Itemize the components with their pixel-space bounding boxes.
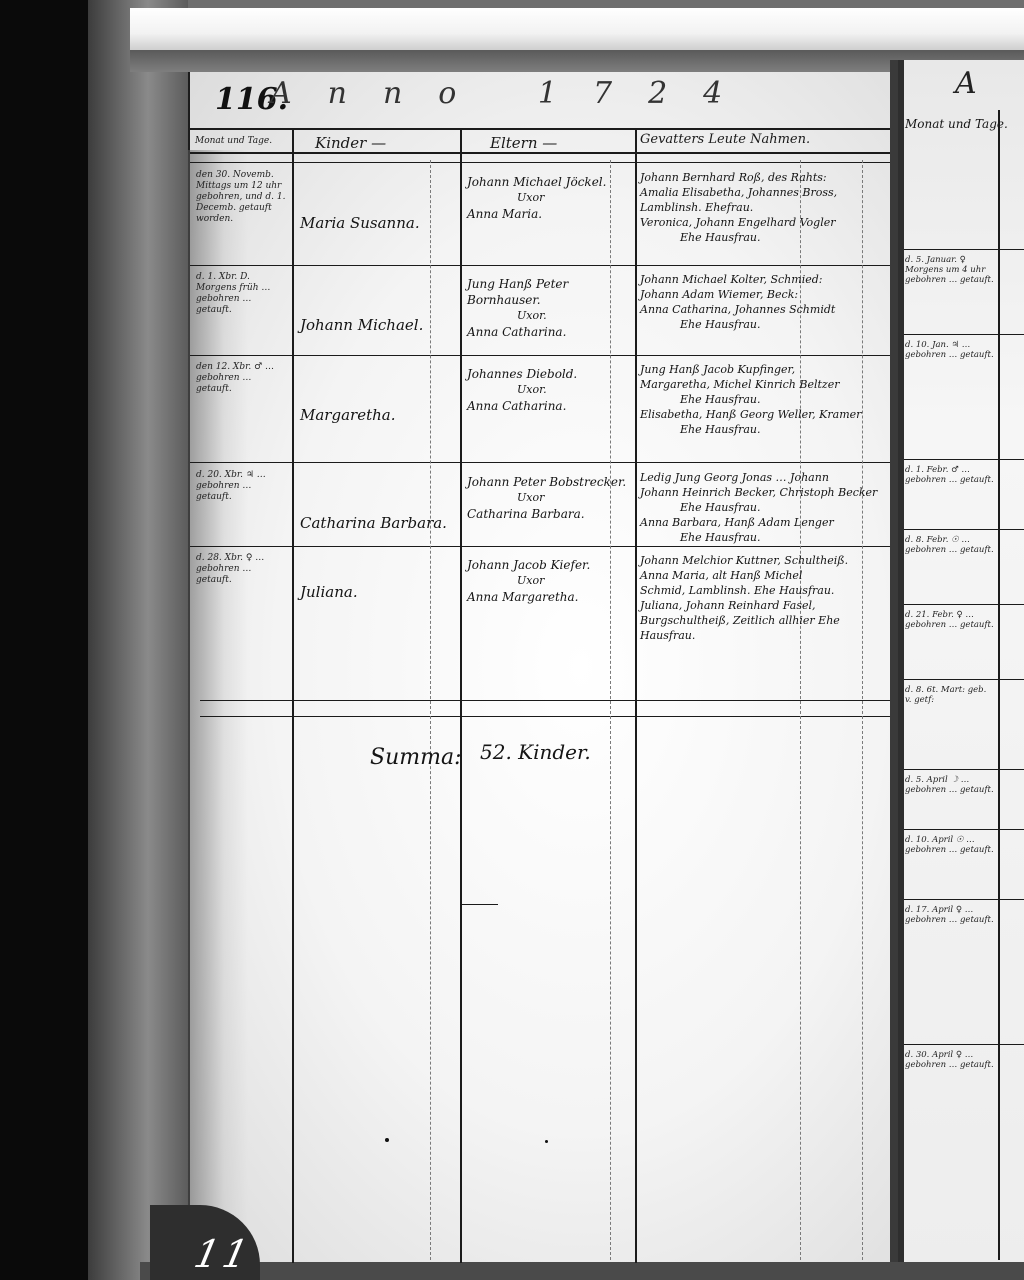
sponsor-line: Ledig Jung Georg Jonas … Johann xyxy=(640,470,885,485)
entry-date-note: den 30. Novemb. Mittags um 12 uhr gebohr… xyxy=(196,170,288,225)
opposite-date-note: d. 1. Febr. ♂ … gebohren … getauft. xyxy=(905,465,995,485)
opposite-date-note: d. 5. Januar. ♀ Morgens um 4 uhr gebohre… xyxy=(905,255,995,285)
entry-sponsors: Johann Melchior Kuttner, Schultheiß.Anna… xyxy=(640,553,885,643)
opposite-row-rule xyxy=(904,604,1024,605)
opposite-date-note: d. 21. Febr. ♀ … gebohren … getauft. xyxy=(905,610,995,630)
sponsor-line: Johann Michael Kolter, Schmied: xyxy=(640,272,885,287)
opposite-date-note: d. 10. April ☉ … gebohren … getauft. xyxy=(905,835,995,855)
entry-sponsors: Ledig Jung Georg Jonas … JohannJohann He… xyxy=(640,470,885,545)
opposite-page xyxy=(898,60,1024,1270)
opposite-col-divider xyxy=(998,110,1000,1260)
ink-speck xyxy=(385,1138,389,1142)
opposite-row-rule xyxy=(904,769,1024,770)
opposite-date-note: d. 5. April ☽ … gebohren … getauft. xyxy=(905,775,995,795)
entry-parents: Johann Peter Bobstrecker.UxorCatharina B… xyxy=(467,474,632,522)
sponsor-line: Veronica, Johann Engelhard Vogler xyxy=(640,215,885,230)
scan-border-left xyxy=(0,0,88,1280)
entry-child-name: Margaretha. xyxy=(300,406,455,425)
entry-father: Johann Michael Jöckel. xyxy=(467,175,606,189)
entry-mother: Anna Catharina. xyxy=(467,325,566,339)
rule-header-2 xyxy=(190,162,890,163)
opposite-page-header: A xyxy=(955,66,977,101)
col-divider-3 xyxy=(635,128,637,1263)
col-header-child: Kinder — xyxy=(315,134,386,152)
opposite-date-note: d. 8. Febr. ☉ … gebohren … getauft. xyxy=(905,535,995,555)
sponsor-line: Schmid, Lamblinsh. Ehe Hausfrau. xyxy=(640,583,885,598)
rule-row-5 xyxy=(200,700,890,701)
opposite-row-rule xyxy=(904,529,1024,530)
opposite-row-rule xyxy=(904,679,1024,680)
col-divider-1 xyxy=(292,128,294,1263)
sponsor-line: Johann Melchior Kuttner, Schultheiß. xyxy=(640,553,885,568)
opposite-row-rule xyxy=(904,334,1024,335)
entry-parents: Johannes Diebold.Uxor.Anna Catharina. xyxy=(467,366,632,414)
opposite-row-rule xyxy=(904,899,1024,900)
sponsor-line: Lamblinsh. Ehefrau. xyxy=(640,200,885,215)
sponsor-line: Anna Maria, alt Hanß Michel xyxy=(640,568,885,583)
ink-speck xyxy=(545,1140,548,1143)
sponsor-line: Jung Hanß Jacob Kupfinger, xyxy=(640,362,885,377)
page-stain xyxy=(188,150,248,1260)
summary-total: 52. Kinder. xyxy=(480,740,591,764)
entry-mother: Catharina Barbara. xyxy=(467,507,585,521)
entry-parents: Jung Hanß Peter Bornhauser.Uxor.Anna Cat… xyxy=(467,276,632,340)
sponsor-line: Ehe Hausfrau. xyxy=(640,422,885,437)
sponsor-line: Johann Adam Wiemer, Beck: xyxy=(640,287,885,302)
opposite-row-rule xyxy=(904,1044,1024,1045)
entry-mother: Anna Catharina. xyxy=(467,399,566,413)
col-header-parents: Eltern — xyxy=(490,134,557,152)
entry-uxor: Uxor xyxy=(467,190,632,206)
entry-child-name: Maria Susanna. xyxy=(300,214,455,233)
stray-mark xyxy=(462,904,498,905)
sponsor-line: Juliana, Johann Reinhard Fasel, xyxy=(640,598,885,613)
sponsor-line: Ehe Hausfrau. xyxy=(640,230,885,245)
col-divider-2 xyxy=(460,128,462,1263)
entry-uxor: Uxor. xyxy=(467,308,632,324)
sponsor-line: Elisabetha, Hanß Georg Weller, Kramer xyxy=(640,407,885,422)
sponsor-line: Johann Heinrich Becker, Christoph Becker xyxy=(640,485,885,500)
opposite-col-header: Monat und Tage. xyxy=(905,117,1008,131)
sponsor-line: Amalia Elisabetha, Johannes Bross, xyxy=(640,185,885,200)
entry-date-note: d. 28. Xbr. ♀ … gebohren … getauft. xyxy=(196,553,288,586)
entry-parents: Johann Jacob Kiefer.UxorAnna Margaretha. xyxy=(467,557,632,605)
summary-label: Summa: xyxy=(370,745,462,770)
entry-date-note: den 12. Xbr. ♂ … gebohren … getauft. xyxy=(196,362,288,395)
rule-row-1 xyxy=(190,265,890,266)
sponsor-line: Anna Catharina, Johannes Schmidt xyxy=(640,302,885,317)
folio-mark: 11 xyxy=(190,1232,256,1276)
col-header-date: Monat und Tage. xyxy=(195,136,272,146)
rule-summary xyxy=(200,716,890,717)
entry-uxor: Uxor xyxy=(467,490,632,506)
entry-uxor: Uxor xyxy=(467,573,632,589)
entry-child-name: Johann Michael. xyxy=(300,316,455,335)
entry-uxor: Uxor. xyxy=(467,382,632,398)
opposite-date-note: d. 17. April ♀ … gebohren … getauft. xyxy=(905,905,995,925)
entry-sponsors: Johann Michael Kolter, Schmied:Johann Ad… xyxy=(640,272,885,332)
entry-child-name: Catharina Barbara. xyxy=(300,514,455,533)
opposite-date-note: d. 10. Jan. ♃ … gebohren … getauft. xyxy=(905,340,995,360)
entry-sponsors: Jung Hanß Jacob Kupfinger,Margaretha, Mi… xyxy=(640,362,885,437)
sponsor-line: Ehe Hausfrau. xyxy=(640,392,885,407)
entry-parents: Johann Michael Jöckel.UxorAnna Maria. xyxy=(467,174,632,222)
sponsor-line: Anna Barbara, Hanß Adam Lenger xyxy=(640,515,885,530)
entry-mother: Anna Maria. xyxy=(467,207,542,221)
book-spine-shadow xyxy=(88,0,188,1280)
sponsor-line: Burgschultheiß, Zeitlich allhier Ehe Hau… xyxy=(640,613,885,643)
rule-header xyxy=(190,152,890,154)
opposite-date-note: d. 30. April ♀ … gebohren … getauft. xyxy=(905,1050,995,1070)
opposite-row-rule xyxy=(904,459,1024,460)
sponsor-line: Ehe Hausfrau. xyxy=(640,530,885,545)
top-paper-edge xyxy=(130,8,1024,52)
opposite-row-rule xyxy=(904,249,1024,250)
register-page xyxy=(188,72,900,1262)
entry-child-name: Juliana. xyxy=(300,583,455,602)
rule-top xyxy=(190,128,890,130)
bottom-shadow xyxy=(140,1262,1024,1280)
entry-date-note: d. 20. Xbr. ♃ … gebohren … getauft. xyxy=(196,470,288,503)
sponsor-line: Margaretha, Michel Kinrich Beltzer xyxy=(640,377,885,392)
sponsor-line: Johann Bernhard Roß, des Rahts: xyxy=(640,170,885,185)
sponsor-line: Ehe Hausfrau. xyxy=(640,317,885,332)
entry-father: Johann Peter Bobstrecker. xyxy=(467,475,626,489)
entry-father: Johannes Diebold. xyxy=(467,367,577,381)
rule-row-3 xyxy=(190,462,890,463)
col-header-sponsors: Gevatters Leute Nahmen. xyxy=(640,132,810,147)
entry-sponsors: Johann Bernhard Roß, des Rahts:Amalia El… xyxy=(640,170,885,245)
rule-row-2 xyxy=(190,355,890,356)
opposite-date-note: d. 8. 6t. Mart: geb. v. getf: xyxy=(905,685,995,705)
rule-row-4 xyxy=(190,546,890,547)
entry-date-note: d. 1. Xbr. D. Morgens früh … gebohren … … xyxy=(196,272,288,316)
entry-father: Johann Jacob Kiefer. xyxy=(467,558,590,572)
opposite-row-rule xyxy=(904,829,1024,830)
sponsor-line: Ehe Hausfrau. xyxy=(640,500,885,515)
header-year: Anno 1724 xyxy=(270,76,758,111)
entry-mother: Anna Margaretha. xyxy=(467,590,578,604)
entry-father: Jung Hanß Peter Bornhauser. xyxy=(467,277,568,307)
